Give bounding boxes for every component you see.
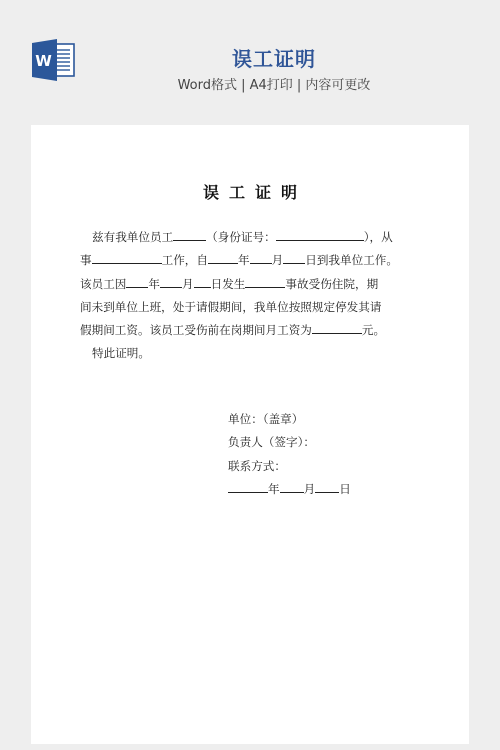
text: ），从 xyxy=(364,230,393,244)
text: 工作，自 xyxy=(162,253,208,267)
signature-block: 单位：（盖章） 负责人（签字）： 联系方式： 年月日 xyxy=(228,408,351,501)
text: 该员工因 xyxy=(80,277,126,291)
paragraph-line-5: 假期间工资。该员工受伤前在岗期间月工资为元。 xyxy=(80,319,410,342)
injury-day-blank[interactable] xyxy=(194,276,211,288)
paragraph-line-3: 该员工因年月日发生事故受伤住院，期 xyxy=(80,273,410,296)
start-month-blank[interactable] xyxy=(250,252,272,264)
date-line: 年月日 xyxy=(228,478,351,501)
paragraph-line-4: 间未到单位上班，处于请假期间，我单位按照规定停发其请 xyxy=(80,296,410,319)
paragraph-line-6: 特此证明。 xyxy=(80,342,410,365)
text: （身份证号： xyxy=(206,230,276,244)
text: 日到我单位工作。 xyxy=(305,253,398,267)
date-month-blank[interactable] xyxy=(280,481,304,493)
text: 年 xyxy=(148,277,160,291)
paragraph-line-1: 兹有我单位员工（身份证号：），从 xyxy=(80,226,410,249)
header-title: 误工证明 xyxy=(0,43,500,72)
unit-seal-label: 单位：（盖章） xyxy=(228,408,351,431)
text: 年 xyxy=(268,482,280,496)
start-day-blank[interactable] xyxy=(283,252,305,264)
paragraph-line-2: 事工作，自年月日到我单位工作。 xyxy=(80,249,410,272)
start-year-blank[interactable] xyxy=(208,252,238,264)
text: 月 xyxy=(304,482,316,496)
text: 兹有我单位员工 xyxy=(92,230,173,244)
document-page: 误工证明 兹有我单位员工（身份证号：），从 事工作，自年月日到我单位工作。 该员… xyxy=(31,125,469,744)
text: 月 xyxy=(182,277,194,291)
injury-year-blank[interactable] xyxy=(126,276,148,288)
id-number-blank[interactable] xyxy=(276,229,364,241)
job-blank[interactable] xyxy=(92,252,162,264)
text: 元。 xyxy=(362,323,385,337)
accident-blank[interactable] xyxy=(245,276,285,288)
text: 事故受伤住院，期 xyxy=(285,277,378,291)
document-body: 兹有我单位员工（身份证号：），从 事工作，自年月日到我单位工作。 该员工因年月日… xyxy=(80,226,410,366)
injury-month-blank[interactable] xyxy=(160,276,182,288)
responsible-sign-label: 负责人（签字）： xyxy=(228,431,351,454)
contact-label: 联系方式： xyxy=(228,455,351,478)
text: 日发生 xyxy=(211,277,246,291)
employee-name-blank[interactable] xyxy=(173,229,206,241)
document-title: 误工证明 xyxy=(31,180,469,203)
text: 月 xyxy=(272,253,284,267)
text: 假期间工资。该员工受伤前在岗期间月工资为 xyxy=(80,323,312,337)
text: 日 xyxy=(339,482,351,496)
text: 年 xyxy=(238,253,250,267)
date-year-blank[interactable] xyxy=(228,481,268,493)
salary-blank[interactable] xyxy=(312,322,362,334)
header-subtitle: Word格式 | A4打印 | 内容可更改 xyxy=(0,74,500,93)
date-day-blank[interactable] xyxy=(315,481,339,493)
text: 事 xyxy=(80,253,92,267)
